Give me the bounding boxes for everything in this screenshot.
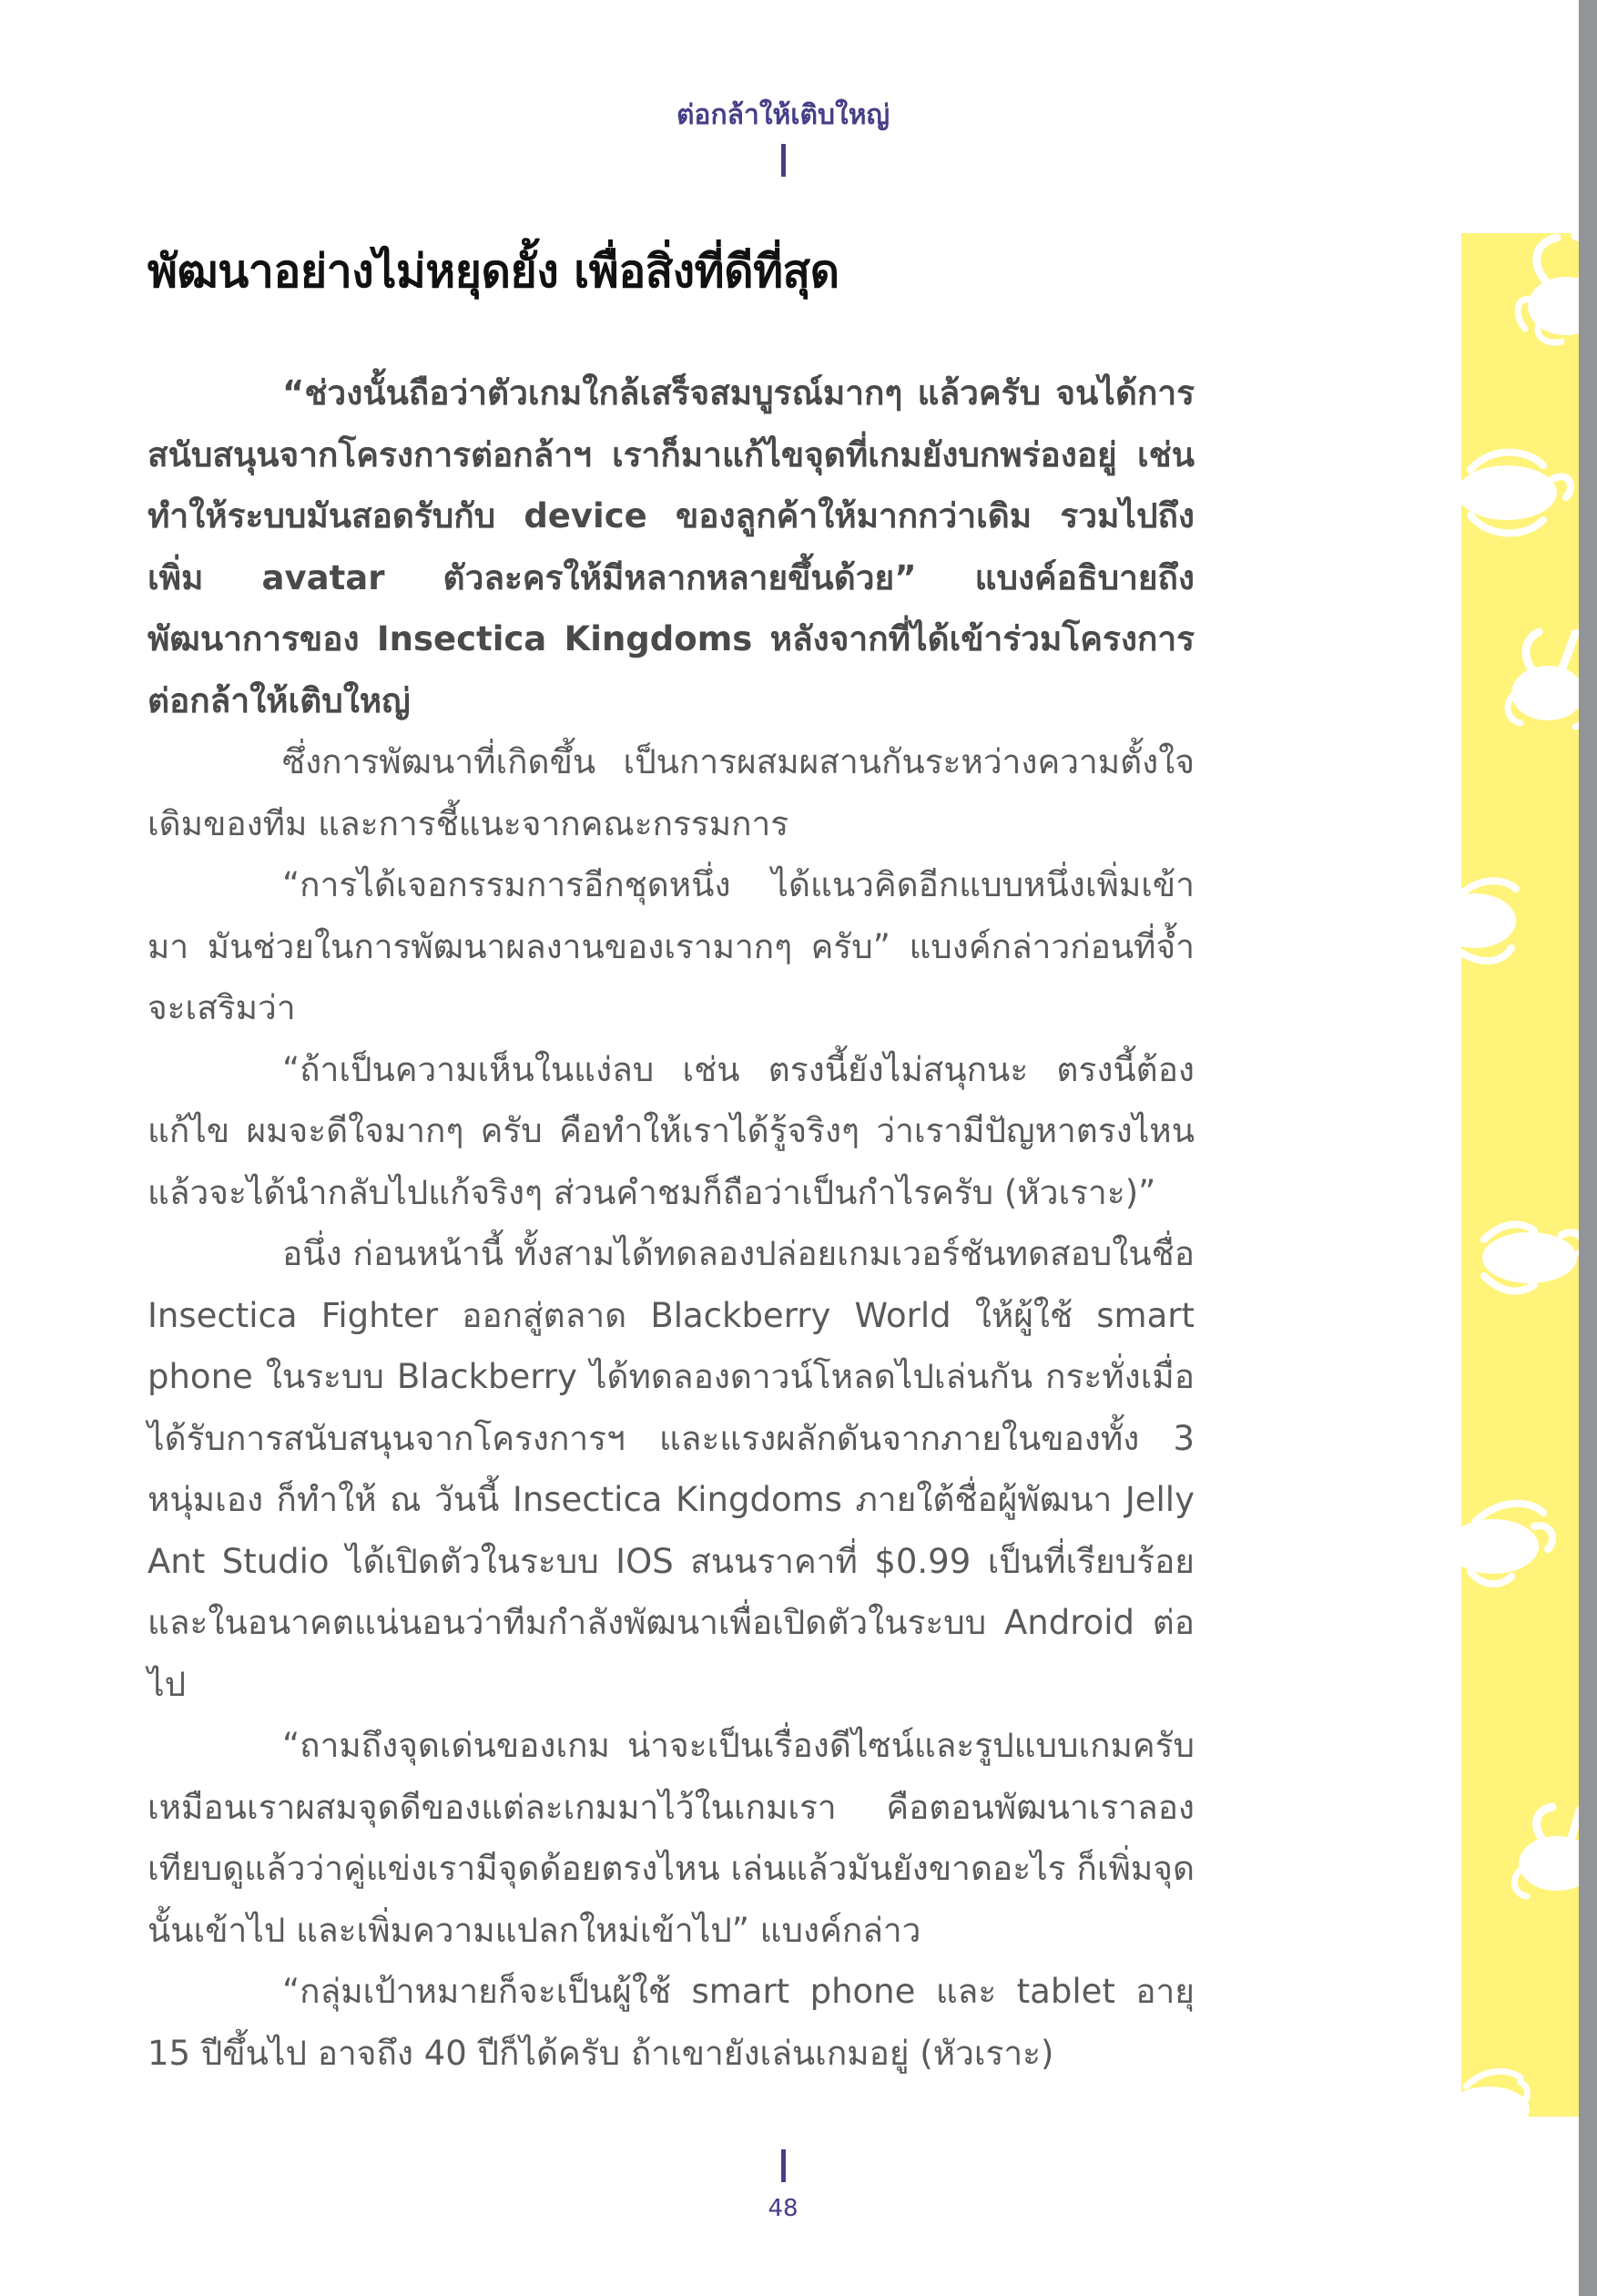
lead-paragraph: “ช่วงนั้นถือว่าตัวเกมใกล้เสร็จสมบูรณ์มาก… xyxy=(147,362,1195,731)
beetle-icon xyxy=(1470,1208,1579,1308)
page-edge-strip xyxy=(1579,0,1597,2296)
page-number: 48 xyxy=(0,2195,1566,2222)
running-header: ต่อกล้าให้เติบใหญ่ xyxy=(0,94,1566,137)
beetle-icon xyxy=(1507,1800,1579,1900)
beetle-icon xyxy=(1498,616,1579,734)
footer-divider xyxy=(781,2149,786,2182)
beetle-icon xyxy=(1461,443,1579,543)
beetle-icon xyxy=(1461,871,1534,971)
beetle-icon xyxy=(1511,233,1579,347)
header-divider xyxy=(781,144,786,177)
body-paragraph: “ถ้าเป็นความเห็นในแง่ลบ เช่น ตรงนี้ยังไม… xyxy=(147,1039,1195,1224)
beetle-icon xyxy=(1461,2050,1543,2117)
body-paragraph: “การได้เจอกรรมการอีกชุดหนึ่ง ได้แนวคิดอี… xyxy=(147,854,1195,1039)
body-paragraph: อนึ่ง ก่อนหน้านี้ ทั้งสามได้ทดลองปล่อยเก… xyxy=(147,1223,1195,1715)
body-paragraph: “ถามถึงจุดเด่นของเกม น่าจะเป็นเรื่องดีไซ… xyxy=(147,1715,1195,1961)
article-body: “ช่วงนั้นถือว่าตัวเกมใกล้เสร็จสมบูรณ์มาก… xyxy=(147,362,1195,2084)
article-title: พัฒนาอย่างไม่หยุดยั้ง เพื่อสิ่งที่ดีที่ส… xyxy=(147,239,1204,304)
decorative-side-band xyxy=(1461,233,1579,2117)
body-paragraph: ซึ่งการพัฒนาที่เกิดขึ้น เป็นการผสมผสานกั… xyxy=(147,731,1195,854)
beetle-icon xyxy=(1461,1490,1561,1595)
body-paragraph: “กลุ่มเป้าหมายก็จะเป็นผู้ใช้ smart phone… xyxy=(147,1961,1195,2084)
